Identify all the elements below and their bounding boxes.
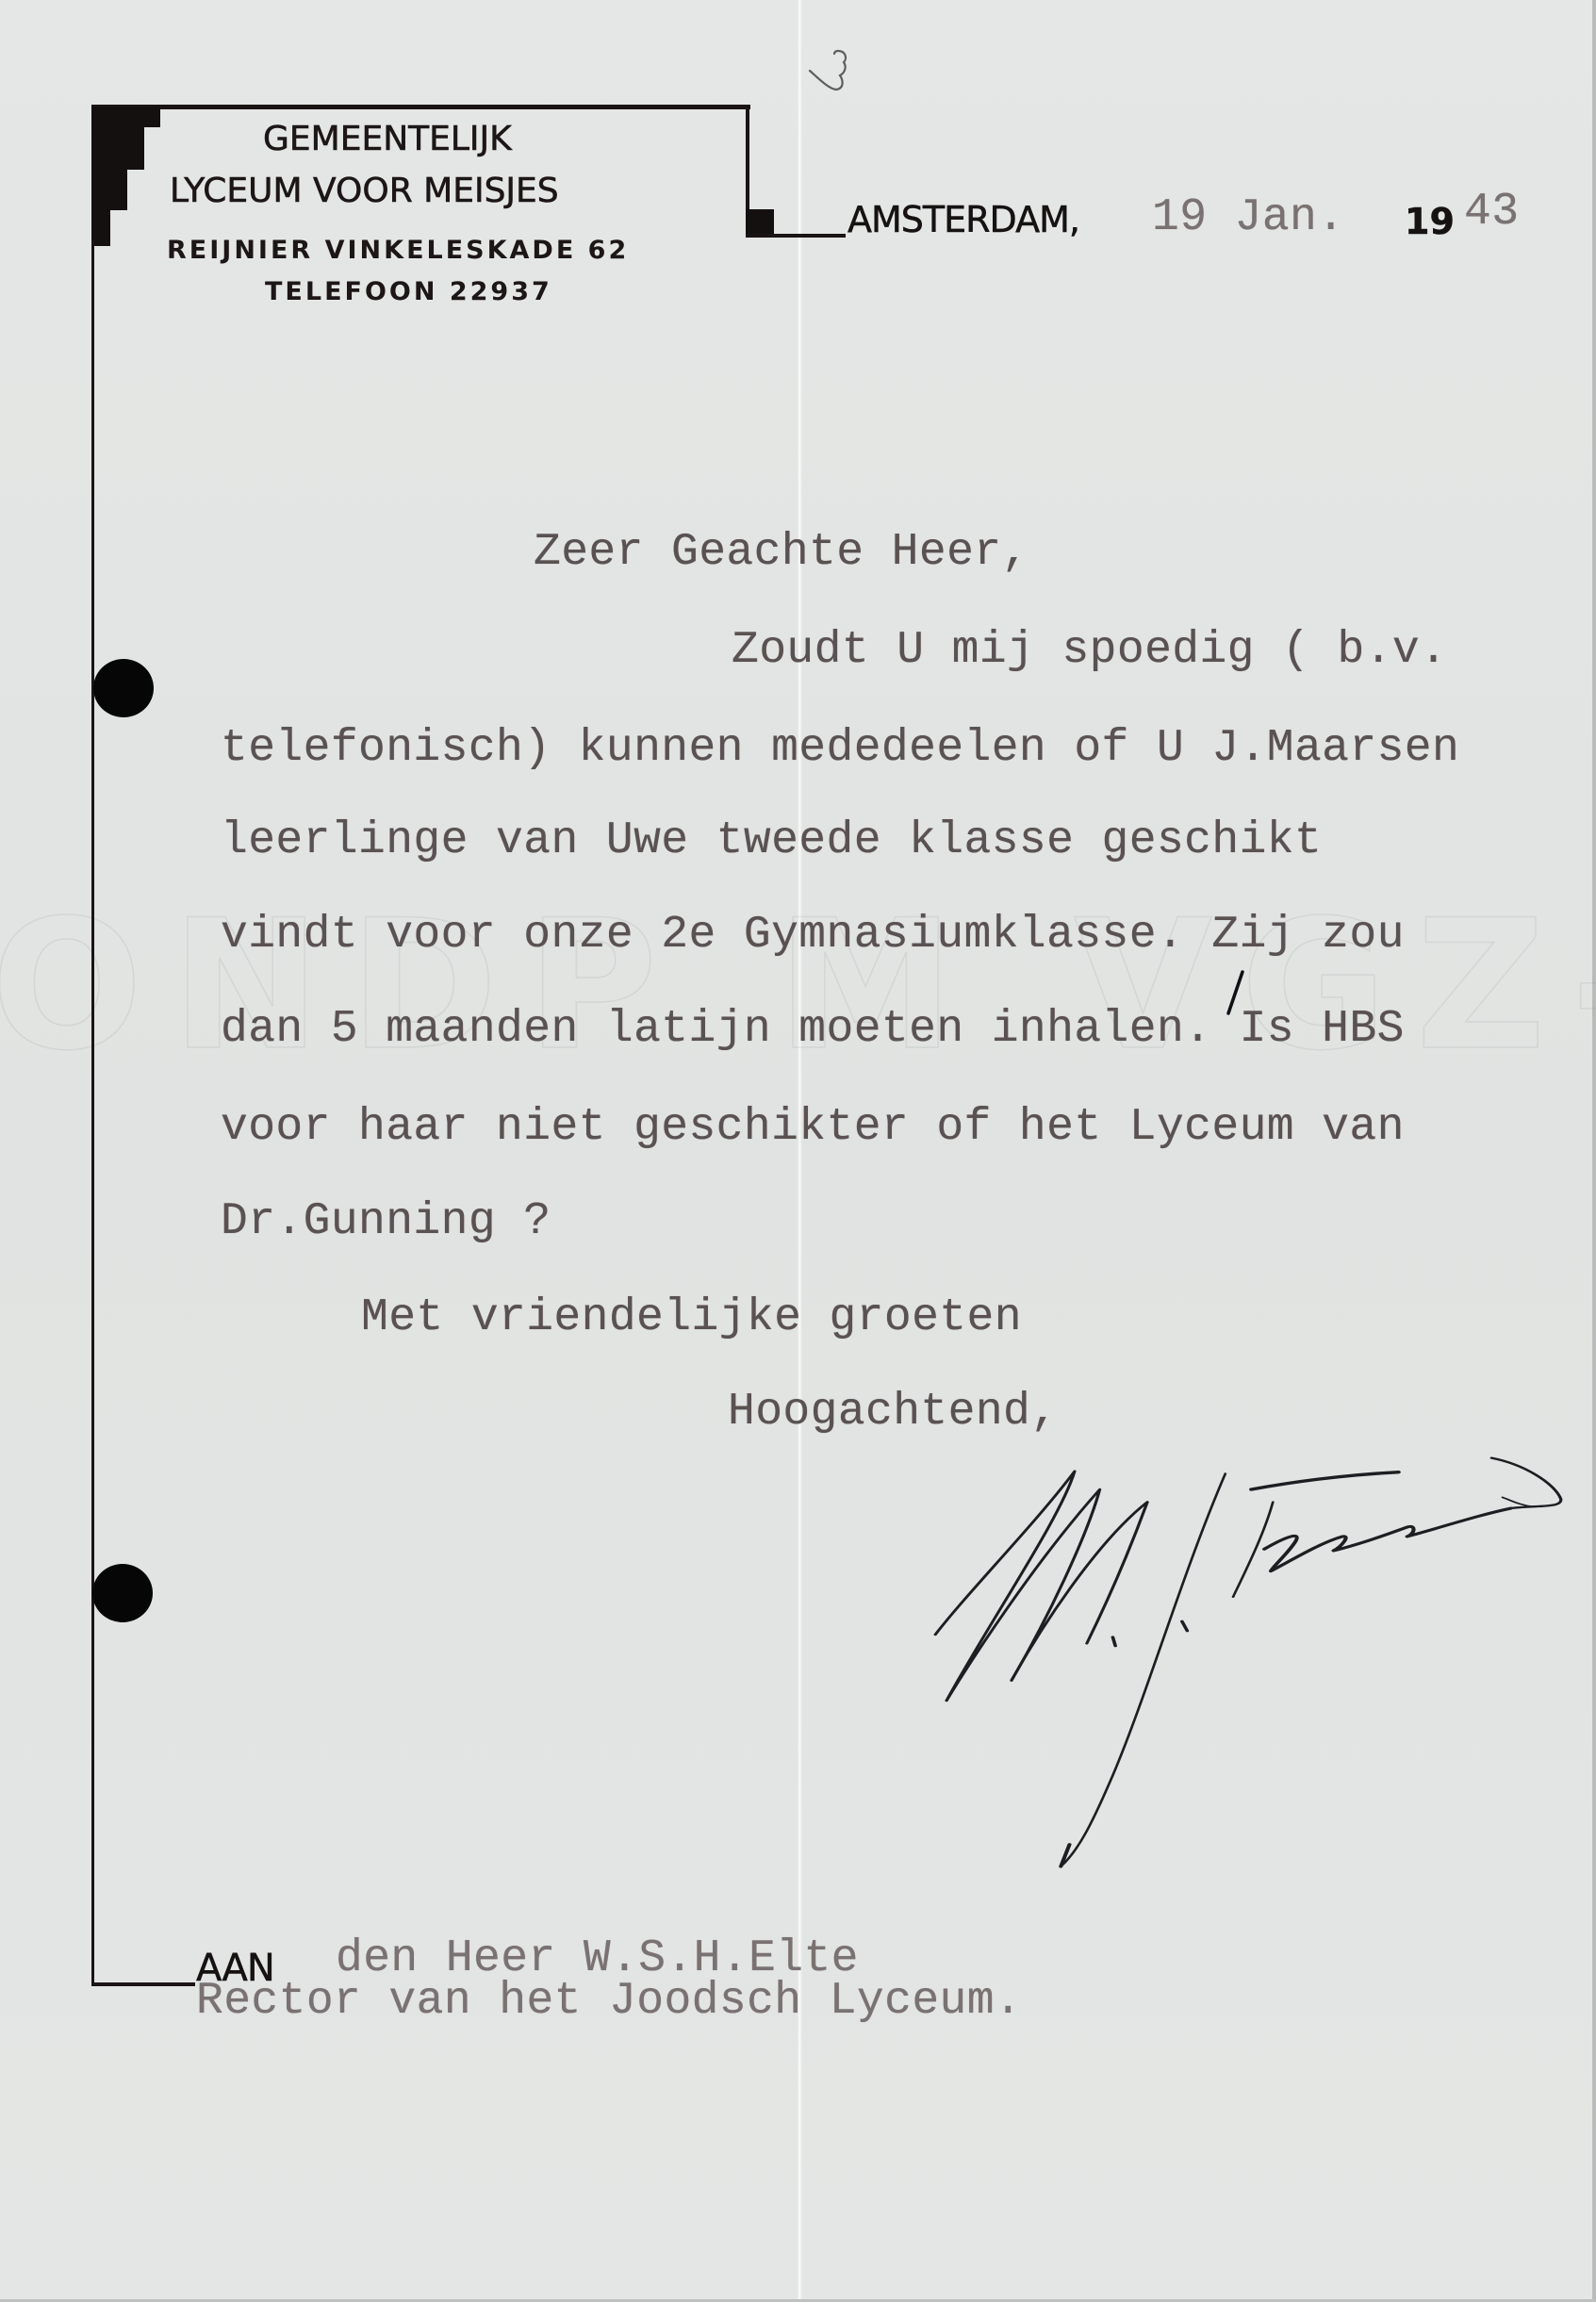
letterhead-step-3	[91, 170, 127, 210]
body-line-1: Zoudt U mij spoedig ( b.v.	[732, 628, 1447, 673]
signature	[905, 1442, 1584, 1895]
letterhead-step-4	[91, 210, 110, 246]
body-line-4: vindt voor onze 2e Gymnasiumklasse. Zij …	[221, 913, 1405, 958]
letterhead-left-rule	[91, 240, 94, 1986]
pencil-page-number	[806, 47, 863, 99]
body-line-2: telefonisch) kunnen mededeelen of U J.Ma…	[221, 726, 1459, 771]
city-label: AMSTERDAM,	[847, 202, 1079, 238]
date-day-month: 19 Jan.	[1152, 195, 1344, 240]
closing: Met vriendelijke groeten	[361, 1295, 1022, 1340]
letterhead-address: REIJNIER VINKELESKADE 62	[167, 238, 629, 263]
year-prefix: 19	[1405, 204, 1455, 239]
body-line-3: leerlinge van Uwe tweede klasse geschikt	[221, 818, 1322, 863]
letterhead-date-rule	[746, 234, 846, 238]
date-year-suffix: 43	[1464, 189, 1519, 235]
letterhead-step-2	[91, 127, 144, 170]
body-line-6: voor haar niet geschikter of het Lyceum …	[221, 1105, 1405, 1150]
letterhead-top-rule	[91, 105, 750, 109]
page-edge	[1592, 0, 1596, 2302]
recipient-title: Rector van het Joodsch Lyceum.	[196, 1979, 1022, 2024]
letterhead-bottom-rule	[91, 1982, 195, 1986]
punch-hole-top	[93, 659, 154, 717]
sign-off: Hoogachtend,	[728, 1389, 1058, 1435]
letterhead-name-line2: LYCEUM VOOR MEISJES	[170, 174, 559, 208]
letterhead-step-1	[91, 107, 160, 127]
salutation: Zeer Geachte Heer,	[534, 530, 1029, 575]
recipient-name: den Heer W.S.H.Elte	[336, 1936, 859, 1981]
letterhead-phone: TELEFOON 22937	[265, 279, 552, 304]
body-line-7: Dr.Gunning ?	[221, 1199, 551, 1244]
letterhead-name-line1: GEMEENTELIJK	[263, 123, 512, 156]
punch-hole-bottom	[92, 1564, 153, 1622]
ink-correction-mark	[1222, 969, 1250, 1018]
